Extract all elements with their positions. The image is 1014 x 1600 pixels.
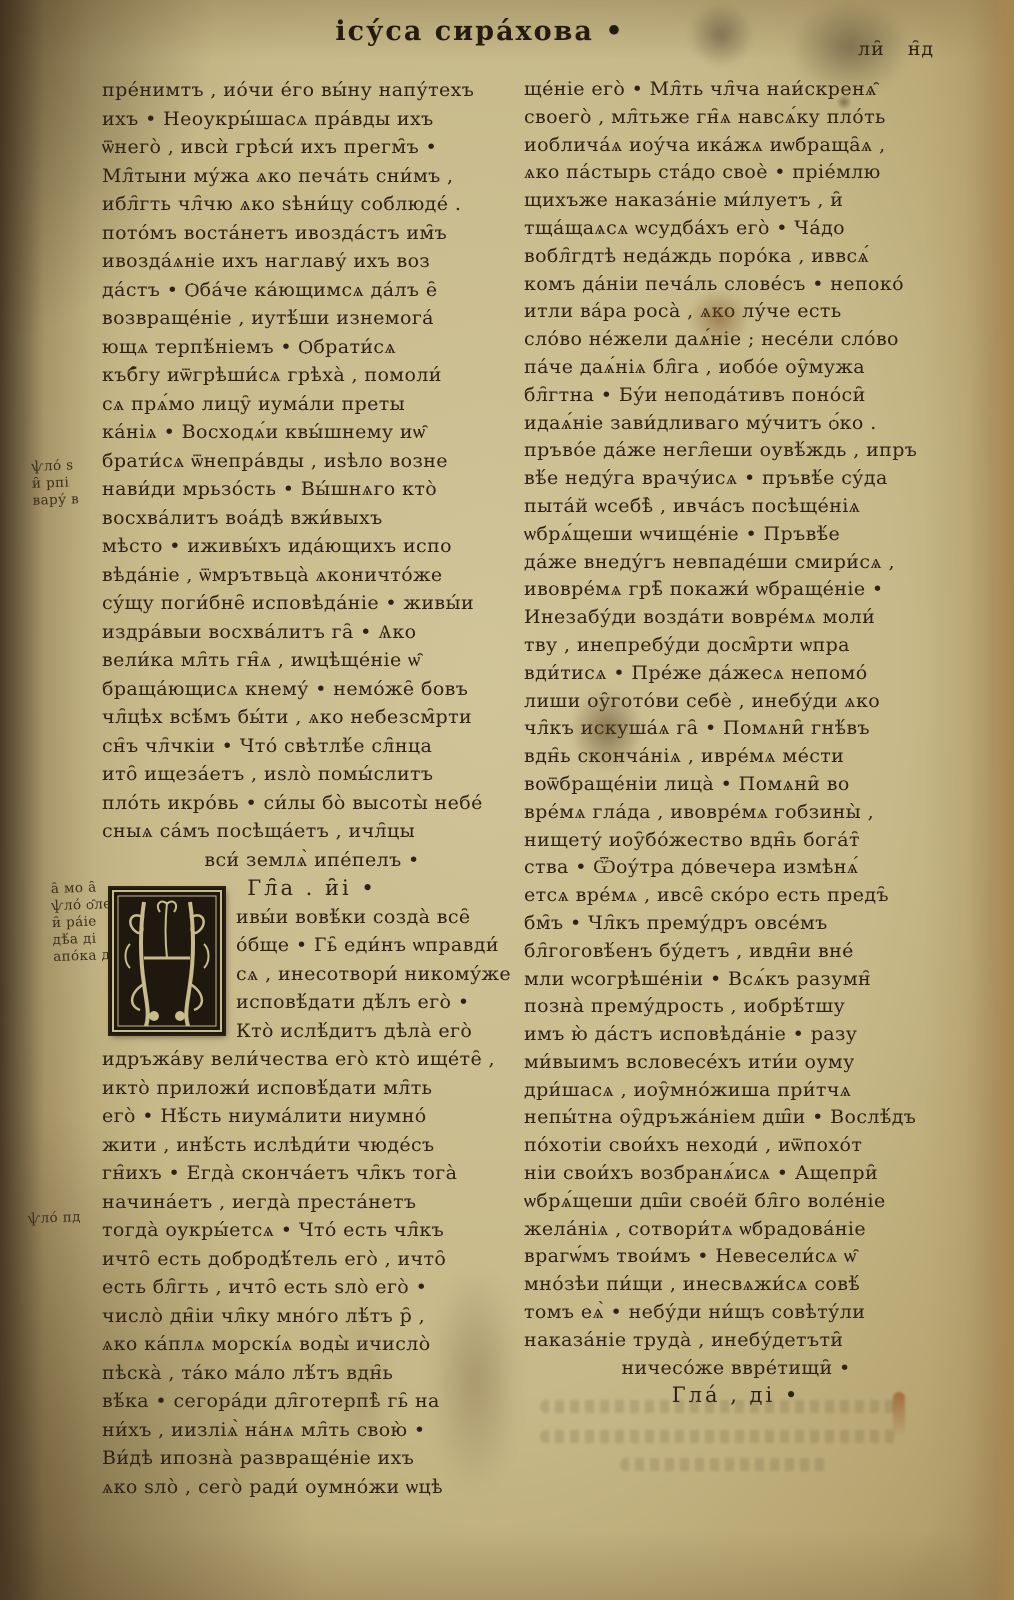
text-line: вси́ землѧ̀ ипе́пелъ • [102,846,522,875]
text-line: Инезабу́ди возда́ти вовре́мѧ моли́ [524,604,948,632]
text-line: пѣска̀ , та́ко ма́ло лѣ́тъ вдн̑ь [102,1359,522,1388]
text-line: бл̑гтна • Бу́и непода́тивъ поно́си̑ [524,382,948,410]
text-line: икто̀ приложи́ исповѣ́дати мл̑ть [102,1074,522,1103]
text-line: ѱло́ пд [28,1209,81,1228]
text-line: ничесо́же ввре́тищи̑ • [524,1355,948,1383]
text-line: ѱло́ ѻ̑ле [51,896,113,915]
text-line: вѣ́е неду́га врачу́исѧ • пръвѣ́е су́да [524,465,948,493]
text-line: бл̑гоговѣ́енъ бу́детъ , ивдн̑и вне́ [524,938,948,966]
text-line: ни́хъ , иизліѧ̀ на́нѧ мл̑ть свою̀ • [102,1416,522,1445]
text-line: непы́тна оу̑дръжа́ніем дш̑и • Вослѣ́дъ [524,1104,948,1132]
text-line: чл̑цѣх всѣ́мъ бы́ти , ѧко небезсм̑рти [102,703,522,732]
text-line: апо́ка ді [53,947,115,966]
text-line: ще́ніе его̀ • Мл̑ть чл̑ча наи́скренѧ̑ [524,76,948,104]
text-line: чл̑къ искуша́ѧ га̑ • Помѧни̑ гнѣ́въ [524,715,948,743]
text-line: да́стъ • Ѻба́че ка́ющимсѧ да́лъ е̑ [102,276,522,305]
text-line: Гла́ , ді • [524,1382,948,1410]
text-line: су́щу поги́бне̑ исповѣда́ніе • живы́и [102,589,522,618]
text-line: а̑ мо а̑ [51,879,113,898]
text-line: браща́ющисѧ кнему́ • немо́же̑ бовъ [102,675,522,704]
text-line: къб̑гу иѿгрѣши́сѧ грѣха̀ , помоли́ [102,361,522,390]
margin-note-references-2: а̑ мо а̑ѱло́ ѻ̑леи̑ ра́іедѣ́а діапо́ка д… [51,879,116,966]
text-line: итли ва́ра роса̀ , ѧко лу́че есть [524,298,948,326]
text-line: дѣ́а ді [52,930,114,949]
text-line: издра́выи восхва́литъ га̑ • Ѧко [102,618,522,647]
text-line: ѧко па́стырь ста́до своѐ • пріе́млю [524,159,948,187]
text-line: гн̑ихъ • Егда̀ сконча́етъ чл̑къ тога̀ [102,1159,522,1188]
text-line: мѣсто • иживы́хъ ида́ющихъ испо [102,532,522,561]
showthrough-text [540,1430,900,1443]
text-line: ѱло́ ѕ [31,457,78,476]
margin-note-references-3: ѱло́ пд [28,1209,81,1228]
text-line: ѿнего̀ , ивсѝ грѣси́ ихъ прегм̑ъ • [102,133,522,162]
text-line: мно́зѣи пи́щи , инесвѧжи́сѧ совѣ́ [524,1271,948,1299]
text-line: и̑ рпі [32,474,79,493]
running-header: ісу́са сира́хова • [0,16,960,47]
text-line: сныѧ са́мъ посѣща́етъ , ичл̑цы [102,817,522,846]
text-line: ивозда́ѧніе ихъ наглаву́ ихъ воз [102,247,522,276]
text-line: ка́ніѧ • Восходѧ́и квы́шнему иѡ̑ [102,418,522,447]
text-line: воѿбраще́ніи лица̀ • Помѧни̑ во [524,771,948,799]
text-line: Кто̀ ислѣ́дитъ дѣла̀ его̀ [236,1017,522,1046]
text-line: число̀ дн̑іи чл̑ку мно́го лѣ́тъ р̑ , [102,1302,522,1331]
text-line: о́бще • Гь̑ еди́нъ ѡправди́ [236,931,522,960]
text-line: мли ѡсогрѣше́ніи • Всѧ́къ разумн̑ [524,966,948,994]
text-line: бм̑ъ • Чл̑къ прему́дръ овсе́мъ [524,910,948,938]
text-line: вѣда́ніе , ѿмрътвьца̀ ѧконичто́же [102,561,522,590]
text-line: пре́нимтъ , ио́чи е́го вы́ну напу́техъ [102,76,522,105]
text-line: лиши оу̑гото́ви себѐ , инебу́ди ѧко [524,688,948,716]
text-line: вдн̑ь сконча́ніѧ , ивре́мѧ ме́сти [524,743,948,771]
text-line: ѧко ка́плѧ морскі́ѧ воды̀ ичисло̀ [102,1330,522,1359]
text-line: сѧ прѧ́мо лицу̑ иума́ли преты [102,390,522,419]
text-line: брати́сѧ ѿнепра́вды , иѕѣло возне [102,447,522,476]
text-line: иоблича́ѧ иоу́ча ика́жѧ иѡбраща̑ѧ , [524,132,948,160]
woodcut-initial-letter [110,888,224,1034]
text-line: наказа́ніе труда̀ , инебу́детъти̑ [524,1327,948,1355]
text-line: пръво́е да́же негл̑еши оувѣ́ждь , ипръ [524,437,948,465]
folio-number: ли̑ н̑д [858,38,998,60]
text-line: сѧ , инесотвори́ никому́же [236,960,522,989]
text-line: Ви́дѣ ипозна̀ развраще́ніе ихъ [102,1444,522,1473]
text-line: врагѡ́мъ твои́мъ • Невесели́сѧ ѡ̑ [524,1243,948,1271]
text-line: ѡбрѧ́щеши дш̑и свое́й бл̑го воле́ніе [524,1188,948,1216]
text-line: идръжа́ву вели́чества его̀ кто̀ ище́те̑ … [102,1045,522,1074]
text-line: есть бл̑гть , ичто̑ есть ѕло̀ его̀ • [102,1273,522,1302]
text-line: Мл̑тыни му́жа ѧко печа́ть сни́мъ , [102,162,522,191]
text-line: своего̀ , мл̑тьже гн̑ѧ навсѧ́ку пло́ть [524,104,948,132]
text-line: тогда̀ оукры́етсѧ • Что́ есть чл̑къ [102,1216,522,1245]
text-line: ито̑ ищеза́етъ , иѕло̀ помы́слитъ [102,760,522,789]
text-line: нави́ди мрьзо́сть • Вы́шнѧго кто̀ [102,475,522,504]
text-line: начина́етъ , иегда̀ преста́нетъ [102,1188,522,1217]
text-line: да́же внеду́гъ невпаде́ши смири́сѧ , [524,549,948,577]
text-line: по́хотіи свои́хъ неходи́ , иѿпохо́т [524,1132,948,1160]
text-line: ѧко ѕло̀ , сего̀ ради́ оумно́жи ѡцѣ [102,1473,522,1502]
text-line: тву , инепребу́ди досм̑рти ѡпра [524,632,948,660]
book-page: ісу́са сира́хова • ли̑ н̑д пре́нимтъ , и… [0,0,1014,1600]
text-line: вди́тисѧ • Пре́же да́жесѧ непомо́ [524,660,948,688]
text-line: тща́щаѧсѧ ѡсудба́хъ его̀ • Ча́до [524,215,948,243]
text-line: вели́ка мл̑ть гн̑ѧ , иѡцѣще́ніе ѡ̑ [102,646,522,675]
text-line: ихъ • Неоукры́шасѧ пра́вды ихъ [102,105,522,134]
text-line: сн̑ъ чл̑чкіи • Что́ свѣтлѣ́е сл̑нца [102,732,522,761]
text-line: вѣ́ка • сегора́ди дл̑готерпѣ̀ гь̑ на [102,1387,522,1416]
text-line: ства • Ѿоу́тра до́вечера измѣнѧ́ [524,854,948,882]
text-line: пло́ть икро́вь • си́лы бо̀ высоты̀ небе́ [102,789,522,818]
text-line: дри́шасѧ , иоу̑мно́жиша при́тчѧ [524,1077,948,1105]
text-line: имъ ю̀ да́стъ исповѣда́ніе • разу [524,1021,948,1049]
text-line: щихъже наказа́ніе ми́луетъ , и̑ [524,187,948,215]
showthrough-text [620,1458,830,1471]
text-line: ми́выимъ всловесе́хъ ити́и оуму [524,1049,948,1077]
text-line: пыта́й ѡсебѣ̀ , ивча́съ посѣще́ніѧ [524,493,948,521]
text-line: томъ еѧ̀ • небу́ди ни́щъ совѣту́ли [524,1299,948,1327]
text-line: и̑ ра́іе [52,913,114,932]
text-line: жела́ніѧ , сотвори́тѧ ѡбрадова́ніе [524,1216,948,1244]
text-line: его̀ • Нѣ́сть ниума́лити ниумно́ [102,1102,522,1131]
text-column-left: пре́нимтъ , ио́чи е́го вы́ну напу́техъих… [102,76,522,1501]
text-line: исповѣ́дати дѣ́лъ его̀ • [236,988,522,1017]
woodcut-initial-art [110,888,224,1034]
text-line: ніи свои́хъ возбранѧ́исѧ • Ащепри̑ [524,1160,948,1188]
margin-note-references-1: ѱло́ ѕи̑ рпівару́ в [31,457,79,510]
text-line: ѡбрѧ́щеши ѡчище́ніе • Пръвѣ́е [524,521,948,549]
text-line: вобл̑гдтѣ неда́ждь поро́ка , иввсѧ́ [524,243,948,271]
text-line: идаѧ́ніе зави́дливаго му́читъ ѻ́ко . [524,410,948,438]
text-line: позна̀ прему́дрость , иобрѣ́тшу [524,993,948,1021]
text-line: нищету́ иоу̑бо́жество вдн̑ь бога́т̑ [524,827,948,855]
text-column-right: ще́ніе его̀ • Мл̑ть чл̑ча наи́скренѧ̑сво… [524,76,948,1410]
text-line: па́че даѧ́ніѧ бл̑га , иобо́е оу̑мужа [524,354,948,382]
text-line: ибл̑гть чл̑чю ѧко ѕѣни́цу соблюде́ . [102,190,522,219]
text-line: жити , инѣ́сть ислѣди́ти чюде́съ [102,1131,522,1160]
text-line: возвраще́ніе , иутѣ́ши изнемога́ [102,304,522,333]
text-line: комъ да́ніи печа́ль слове́съ • непоко́ [524,271,948,299]
text-line: пото́мъ воста́нетъ ивозда́стъ им̑ъ [102,219,522,248]
text-line: восхва́литъ воа́дѣ вжи́выхъ [102,504,522,533]
text-line: етсѧ вре́мѧ , ивсе̑ ско́ро есть предъ̑ [524,882,948,910]
text-line: вре́мѧ гла́да , ивовре́мѧ гобзины̀ , [524,799,948,827]
text-line: ичто̑ есть добродѣ́тель его̀ , ичто̑ [102,1245,522,1274]
text-line: вару́ в [32,491,79,510]
text-line: сло́во не́жели даѧ́ніе ; несе́ли сло́во [524,326,948,354]
text-line: ивовре́мѧ грѣ̑ покажи́ ѡбраще́ніе • [524,576,948,604]
text-line: ивы́и вовѣ́ки созда̀ все̑ [236,903,522,932]
text-line: ющѧ терпѣ́ніемъ • Ѻбрати́сѧ [102,333,522,362]
